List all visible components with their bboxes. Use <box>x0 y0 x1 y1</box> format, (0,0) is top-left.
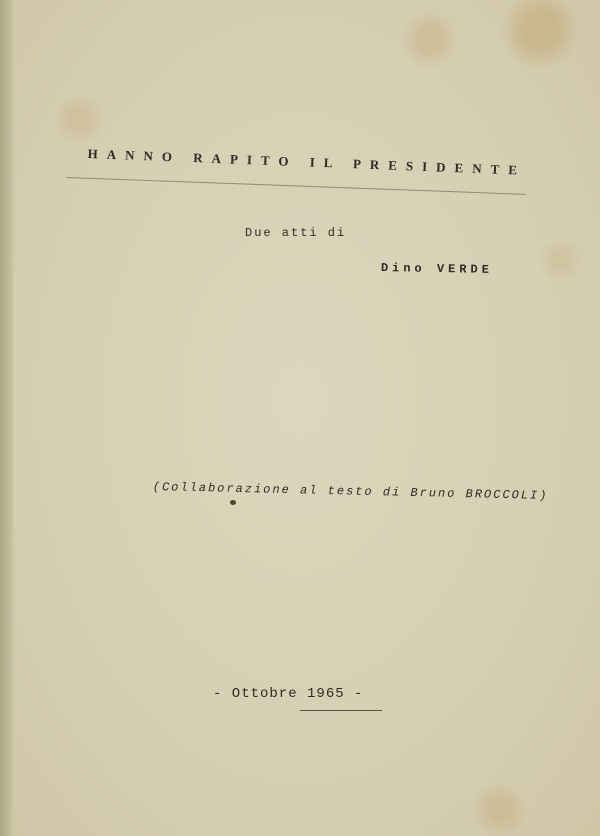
author-name: Dino VERDE <box>381 261 493 277</box>
title-underline <box>66 177 526 195</box>
typewritten-title-page: HANNO RAPITO IL PRESIDENTE Due atti di D… <box>0 0 600 836</box>
binding-spine <box>0 0 14 836</box>
date-underline <box>300 710 382 711</box>
play-title: HANNO RAPITO IL PRESIDENTE <box>87 146 526 179</box>
date-line: - Ottobre 1965 - <box>213 686 363 702</box>
collaboration-credit: (Collaborazione al testo di Bruno BROCCO… <box>153 480 549 503</box>
subtitle: Due atti di <box>245 226 346 240</box>
ink-blot <box>230 500 236 505</box>
